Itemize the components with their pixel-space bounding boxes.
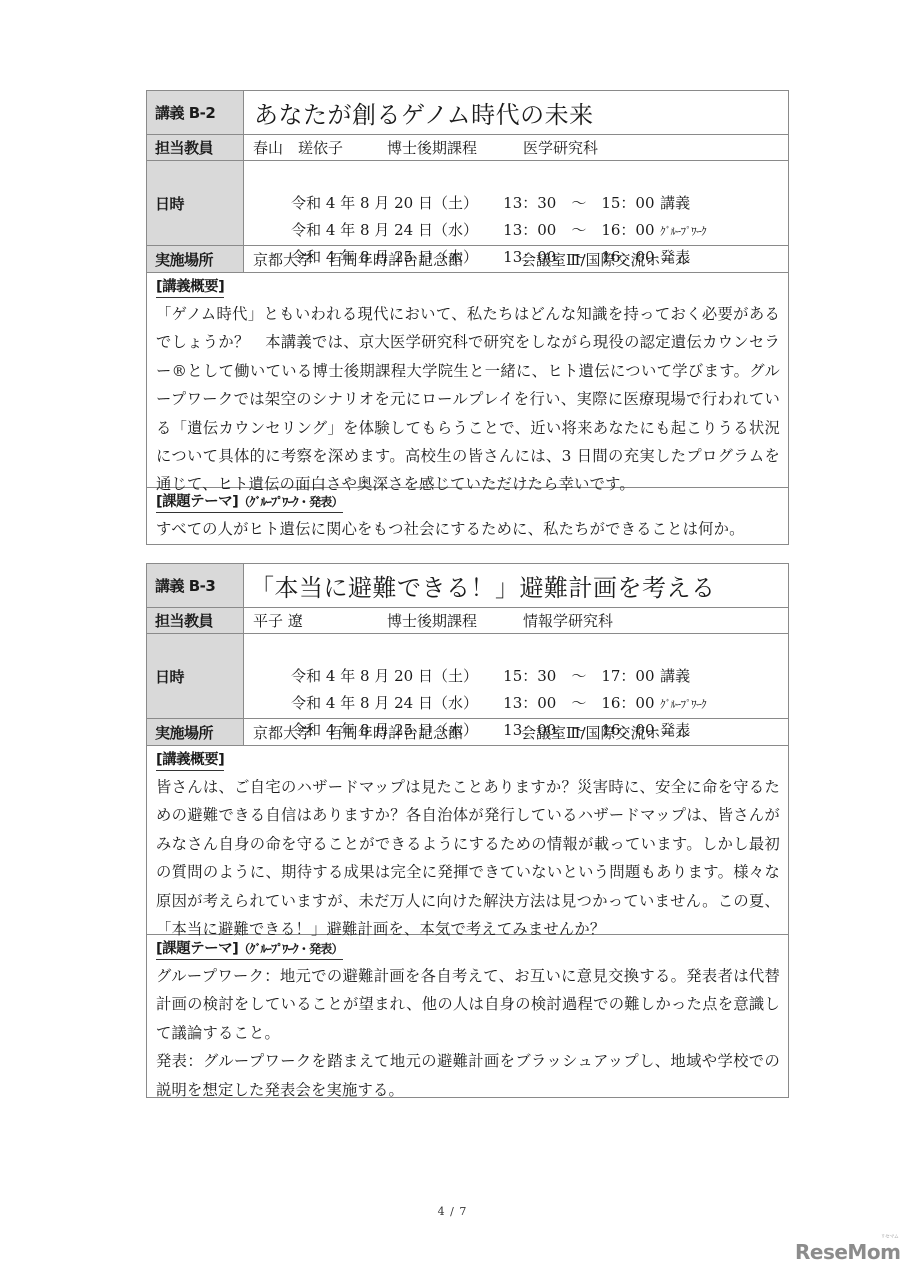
theme-paragraph: すべての人がヒト遺伝に関心をもつ社会にするために、私たちができることは何か。 (156, 515, 780, 543)
page-number: 4 / 7 (0, 1205, 905, 1218)
theme-section: [課題テーマ]（ｸﾞﾙｰﾌﾟﾜｰｸ・発表） グループワーク：地元での避難計画を各… (147, 935, 788, 1097)
teacher-department: 医学研究科 (523, 137, 598, 158)
datetime-row: 日時 令和 4 年 8 月 20 日（土）15：30 ～ 17：00講義 令和 … (147, 634, 788, 719)
theme-paragraph: グループワーク：地元での避難計画を各自考えて、お互いに意見交換する。発表者は代替… (156, 962, 780, 1047)
theme-heading: [課題テーマ]（ｸﾞﾙｰﾌﾟﾜｰｸ・発表） (156, 492, 343, 513)
logo-text: ReseMom (795, 1240, 900, 1264)
resemom-logo: ReseMom リセマム (795, 1240, 900, 1264)
theme-heading-sub: （ｸﾞﾙｰﾌﾟﾜｰｸ・発表） (238, 495, 342, 509)
lecture-table-b2: 講義 B-2 あなたが創るゲノム時代の未来 担当教員 春山 瑳依子 博士後期課程… (146, 90, 789, 545)
venue-row: 実施場所 京都大学 百周年時計台記念館 会議室Ⅲ/国際交流ホール (147, 246, 788, 273)
teacher-value: 平子 遼 博士後期課程 情報学研究科 (244, 608, 788, 633)
teacher-department: 情報学研究科 (523, 610, 613, 631)
venue-place: 京都大学 百周年時計台記念館 (253, 249, 521, 270)
datetime-label: 日時 (147, 161, 244, 245)
datetime-row: 日時 令和 4 年 8 月 20 日（土）13：30 ～ 15：00講義 令和 … (147, 161, 788, 246)
teacher-name: 春山 瑳依子 (253, 137, 387, 158)
summary-heading: [講義概要] (156, 750, 224, 771)
summary-text: 「ゲノム時代」ともいわれる現代において、私たちはどんな知識を持っておく必要がある… (156, 300, 780, 499)
venue-label: 実施場所 (147, 719, 244, 745)
datetime-label: 日時 (147, 634, 244, 718)
teacher-value: 春山 瑳依子 博士後期課程 医学研究科 (244, 135, 788, 160)
lecture-title: あなたが創るゲノム時代の未来 (244, 91, 788, 134)
lecture-id-label: 講義 B-2 (147, 91, 244, 134)
datetime-value: 令和 4 年 8 月 20 日（土）13：30 ～ 15：00講義 令和 4 年… (244, 161, 788, 245)
lecture-title: 「本当に避難できる！」避難計画を考える (244, 564, 788, 607)
theme-text: すべての人がヒト遺伝に関心をもつ社会にするために、私たちができることは何か。 (156, 515, 780, 543)
venue-row: 実施場所 京都大学 百周年時計台記念館 会議室Ⅲ/国際交流ホール (147, 719, 788, 746)
session-line: 令和 4 年 8 月 20 日（土）15：30 ～ 17：00講義 (253, 636, 690, 663)
teacher-row: 担当教員 平子 遼 博士後期課程 情報学研究科 (147, 608, 788, 634)
venue-room: 会議室Ⅲ/国際交流ホール (521, 249, 690, 270)
summary-heading: [講義概要] (156, 277, 224, 298)
venue-label: 実施場所 (147, 246, 244, 272)
logo-ruby: リセマム (880, 1233, 898, 1240)
theme-heading: [課題テーマ]（ｸﾞﾙｰﾌﾟﾜｰｸ・発表） (156, 939, 343, 960)
summary-section: [講義概要] 「ゲノム時代」ともいわれる現代において、私たちはどんな知識を持って… (147, 273, 788, 488)
theme-heading-sub: （ｸﾞﾙｰﾌﾟﾜｰｸ・発表） (238, 942, 342, 956)
theme-paragraph: 発表：グループワークを踏まえて地元の避難計画をブラッシュアップし、地域や学校での… (156, 1047, 780, 1104)
title-row: 講義 B-2 あなたが創るゲノム時代の未来 (147, 91, 788, 135)
teacher-course: 博士後期課程 (387, 610, 523, 631)
venue-room: 会議室Ⅲ/国際交流ホール (521, 722, 690, 743)
theme-text: グループワーク：地元での避難計画を各自考えて、お互いに意見交換する。発表者は代替… (156, 962, 780, 1104)
teacher-label: 担当教員 (147, 135, 244, 160)
datetime-value: 令和 4 年 8 月 20 日（土）15：30 ～ 17：00講義 令和 4 年… (244, 634, 788, 718)
teacher-course: 博士後期課程 (387, 137, 523, 158)
summary-section: [講義概要] 皆さんは、ご自宅のハザードマップは見たことありますか？災害時に、安… (147, 746, 788, 935)
teacher-row: 担当教員 春山 瑳依子 博士後期課程 医学研究科 (147, 135, 788, 161)
teacher-name: 平子 遼 (253, 610, 387, 631)
lecture-table-b3: 講義 B-3 「本当に避難できる！」避難計画を考える 担当教員 平子 遼 博士後… (146, 563, 789, 1098)
session-line: 令和 4 年 8 月 20 日（土）13：30 ～ 15：00講義 (253, 163, 690, 190)
teacher-label: 担当教員 (147, 608, 244, 633)
venue-value: 京都大学 百周年時計台記念館 会議室Ⅲ/国際交流ホール (244, 246, 788, 272)
session-line: 令和 4 年 8 月 25 日（木）13：00 ～ 16：00発表 (253, 690, 690, 717)
title-row: 講義 B-3 「本当に避難できる！」避難計画を考える (147, 564, 788, 608)
summary-text: 皆さんは、ご自宅のハザードマップは見たことありますか？災害時に、安全に命を守るた… (156, 773, 780, 943)
lecture-id-label: 講義 B-3 (147, 564, 244, 607)
venue-value: 京都大学 百周年時計台記念館 会議室Ⅲ/国際交流ホール (244, 719, 788, 745)
venue-place: 京都大学 百周年時計台記念館 (253, 722, 521, 743)
session-line: 令和 4 年 8 月 25 日（木）13：00 ～ 16：00発表 (253, 217, 690, 244)
theme-heading-main: [課題テーマ] (156, 941, 238, 957)
theme-heading-main: [課題テーマ] (156, 494, 238, 510)
session-line: 令和 4 年 8 月 24 日（水）13：00 ～ 16：00ｸﾞﾙｰﾌﾟﾜｰｸ (253, 663, 706, 690)
session-line: 令和 4 年 8 月 24 日（水）13：00 ～ 16：00ｸﾞﾙｰﾌﾟﾜｰｸ (253, 190, 706, 217)
